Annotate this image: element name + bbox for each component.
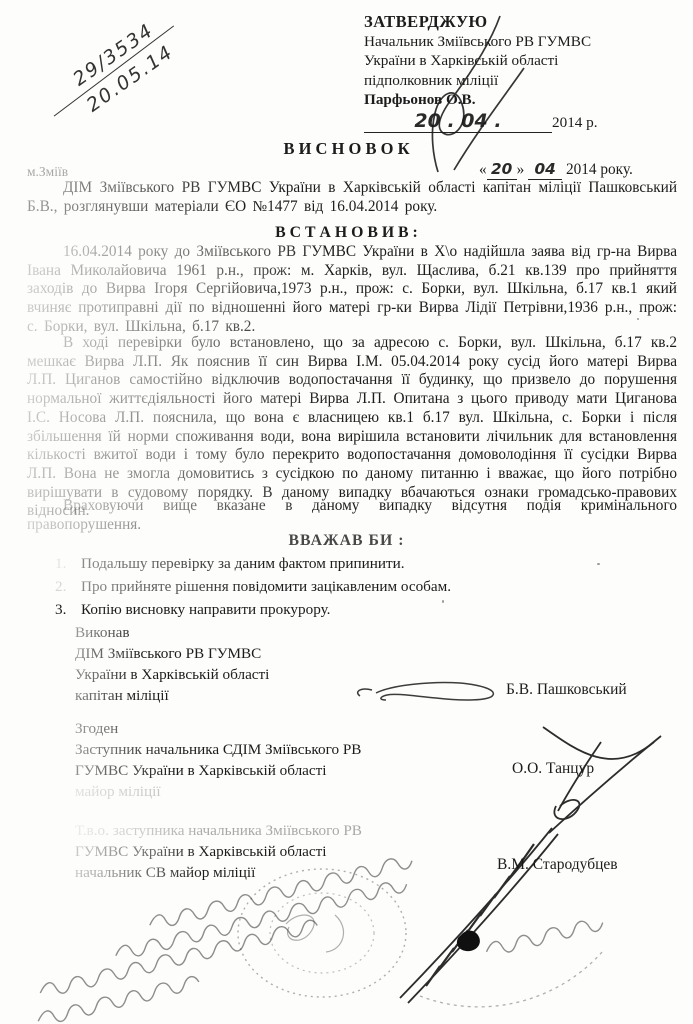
executor-line: капітан міліції: [75, 685, 269, 706]
resolution-text: Подальшу перевірку за даним фактом припи…: [81, 555, 405, 572]
agreed-line: Заступник начальника СДІМ Зміївського РВ: [75, 739, 361, 760]
approval-date-handwritten: 20 . 04 .: [414, 110, 501, 132]
approval-date-suffix: 2014 р.: [552, 114, 598, 131]
scan-speck: [442, 600, 444, 603]
intro-paragraph: ДІМ Зміївського РВ ГУМВС України в Харкі…: [27, 179, 677, 216]
executor-line: України в Харківській області: [75, 664, 269, 685]
resolutions-list: 1.Подальшу перевірку за даним фактом при…: [55, 552, 655, 621]
agreed-line: майор міліції: [75, 781, 361, 802]
dateline: «20» 04 2014 року.: [479, 160, 633, 180]
resolution-item: 3.Копію висновку направити прокурору.: [55, 598, 655, 621]
dateline-month: 04: [534, 160, 555, 178]
agreed-block: Згоден Заступник начальника СДІМ Зміївсь…: [75, 718, 361, 802]
acting-deputy-line: Т.в.о. заступника начальника Зміївського…: [75, 820, 362, 841]
approval-line: підполковник міліції: [364, 71, 684, 91]
approval-line: Начальник Зміївського РВ ГУМВС: [364, 32, 684, 52]
resolution-number: 1.: [55, 552, 81, 575]
resolution-text: Копію висновку направити прокурору.: [81, 601, 330, 618]
approval-block: ЗАТВЕРДЖУЮ Начальник Зміївського РВ ГУМВ…: [364, 12, 684, 133]
approval-officer-name: Парфьонов О.В.: [364, 90, 684, 110]
acting-deputy-block: Т.в.о. заступника начальника Зміївського…: [75, 820, 362, 883]
scan-speck: [637, 318, 639, 320]
scanned-document-page: 29/3534 20.05.14 ЗАТВЕРДЖУЮ Начальник Зм…: [0, 0, 693, 1024]
resolution-item: 1.Подальшу перевірку за даним фактом при…: [55, 552, 655, 575]
executor-line: ДІМ Зміївського РВ ГУМВС: [75, 643, 269, 664]
body-paragraph: Враховуючи вище вказане в даному випадку…: [27, 497, 677, 534]
dateline-year: 2014 року.: [566, 161, 633, 178]
dateline-city: м.Зміїв: [27, 164, 68, 180]
acting-deputy-line: ГУМВС України в Харківській області: [75, 841, 362, 862]
agreed-name: О.О. Танцур: [512, 760, 594, 778]
consider-heading: ВВАЖАВ БИ :: [0, 532, 693, 550]
body-paragraph: 16.04.2014 року до Зміївського РВ ГУМВС …: [27, 243, 677, 337]
ink-blot: [457, 931, 480, 951]
executor-block: Виконав ДІМ Зміївського РВ ГУМВС України…: [75, 622, 269, 706]
executor-signature-icon: [358, 682, 494, 700]
resolution-item: 2.Про прийняте рішення повідомити заціка…: [55, 575, 655, 598]
approval-heading: ЗАТВЕРДЖУЮ: [364, 12, 684, 32]
dateline-open-quote: «: [479, 161, 487, 178]
executor-label: Виконав: [75, 622, 269, 643]
dateline-day: 20: [491, 160, 512, 178]
dateline-close-quote: »: [517, 161, 525, 178]
approval-date-line: 20 . 04 .2014 р.: [364, 112, 684, 134]
agreed-label: Згоден: [75, 718, 361, 739]
resolution-number: 3.: [55, 598, 81, 621]
registry-note: 29/3534 20.05.14: [52, 6, 192, 127]
approval-date-underline: 20 . 04 .: [364, 112, 552, 134]
established-heading: В С Т А Н О В И В :: [0, 224, 693, 242]
agreed-line: ГУМВС України в Харківській області: [75, 760, 361, 781]
executor-name: Б.В. Пашковський: [506, 681, 627, 699]
resolution-number: 2.: [55, 575, 81, 598]
approval-line: України в Харківській області: [364, 51, 684, 71]
acting-deputy-name: В.М. Стародубцев: [497, 856, 618, 874]
resolution-text: Про прийняте рішення повідомити зацікавл…: [81, 578, 451, 595]
body-paragraph: В ході перевірки було встановлено, що за…: [27, 334, 677, 521]
acting-deputy-line: начальник СВ майор міліції: [75, 862, 362, 883]
document-title: В И С Н О В О К: [0, 139, 693, 159]
stamp-icon: [238, 869, 603, 1007]
scan-speck: [597, 563, 600, 565]
